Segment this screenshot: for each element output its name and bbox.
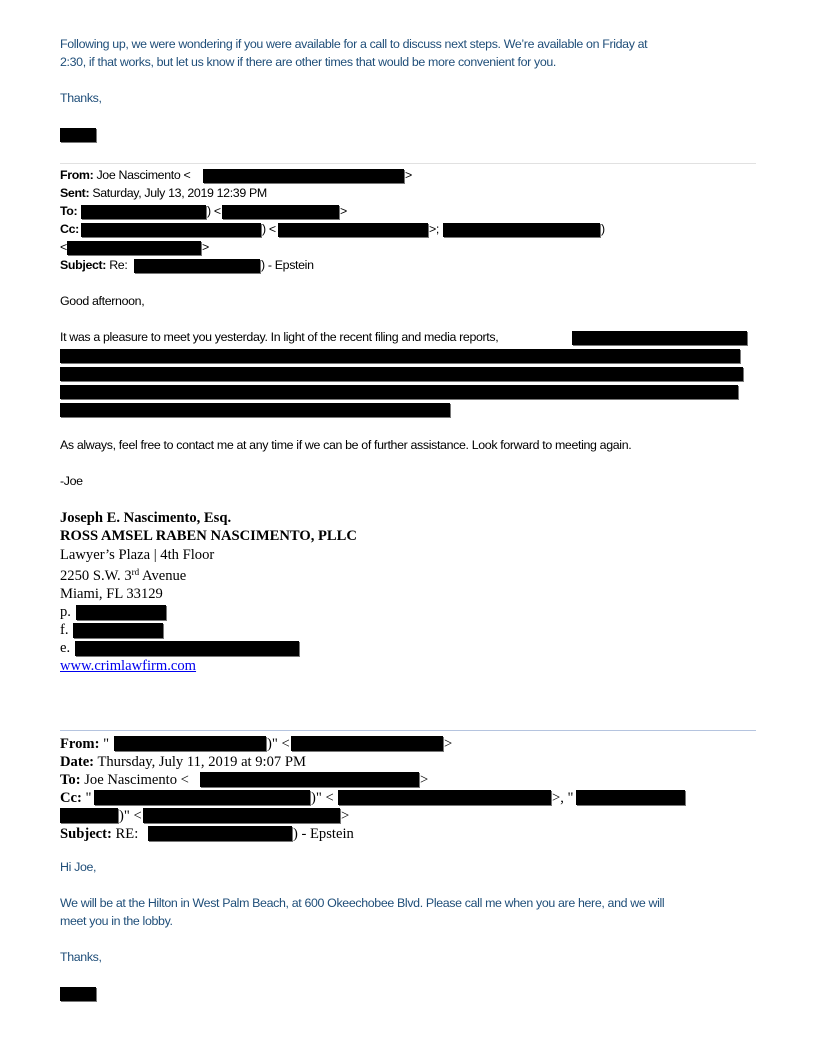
redacted-bottom-cc-name-1: [94, 790, 310, 805]
bottom-greeting: Hi Joe,: [60, 860, 96, 874]
redacted-signature: [60, 128, 96, 142]
from-close-bracket: >: [405, 168, 412, 182]
message-separator: [60, 163, 756, 164]
redacted-body-4: [60, 385, 738, 399]
redacted-cc-name-2: [443, 223, 600, 237]
signature-firm: ROSS AMSEL RABEN NASCIMENTO, PLLC: [60, 528, 357, 545]
sent-label: Sent:: [60, 186, 89, 200]
redacted-bottom-signature: [60, 987, 96, 1001]
redacted-cc-email-2: [67, 241, 201, 255]
redacted-bottom-from-email: [291, 736, 443, 751]
from-value: Joe Nascimento <: [96, 168, 190, 182]
to-bracket: ) <: [207, 204, 221, 218]
cc-bracket-1: ) <: [262, 222, 276, 236]
cc-label: Cc:: [60, 222, 79, 236]
redacted-bottom-cc-name-2b: [60, 808, 118, 823]
redacted-body-2: [60, 349, 740, 363]
redacted-body-3: [60, 367, 743, 381]
cc-paren: ): [601, 222, 605, 236]
bottom-body-line-2: meet you in the lobby.: [60, 914, 173, 928]
bottom-from-close: >: [444, 736, 452, 753]
cc-open-bracket-2: <: [60, 240, 67, 254]
redacted-bottom-cc-email-1: [338, 790, 551, 805]
redacted-to-email: [222, 205, 339, 219]
redacted-bottom-subject: [148, 826, 292, 841]
subject-prefix: Re:: [109, 258, 127, 272]
bottom-subject-suffix: ) - Epstein: [293, 826, 354, 843]
from-label: From:: [60, 168, 93, 182]
middle-body-line-2: As always, feel free to contact me at an…: [60, 438, 631, 452]
message-separator-2: [60, 730, 756, 731]
redacted-email: [75, 641, 299, 656]
bottom-closing: Thanks,: [60, 950, 102, 964]
header-from: From: Joe Nascimento <: [60, 168, 190, 182]
bottom-cc-bracket-1: )" <: [311, 790, 334, 807]
subject-label: Subject:: [60, 258, 106, 272]
cc-separator: >;: [429, 222, 439, 236]
header-subject: Subject: Re:: [60, 258, 127, 272]
middle-signoff: -Joe: [60, 474, 83, 488]
redacted-from-email: [203, 169, 404, 183]
email-label: e.: [60, 640, 70, 657]
bottom-header-cc: Cc: ": [60, 790, 92, 807]
bottom-header-subject: Subject: RE:: [60, 826, 138, 843]
sent-value: Saturday, July 13, 2019 12:39 PM: [92, 186, 267, 200]
redacted-cc-name-1: [81, 223, 261, 237]
bottom-header-to: To: Joe Nascimento <: [60, 772, 189, 789]
bottom-from-bracket: )" <: [267, 736, 290, 753]
bottom-header-date: Date: Thursday, July 11, 2019 at 9:07 PM: [60, 754, 306, 771]
redacted-bottom-cc-name-2a: [576, 790, 685, 805]
redacted-bottom-to-email: [200, 772, 419, 787]
subject-suffix: ) - Epstein: [261, 258, 314, 272]
signature-address-3: Miami, FL 33129: [60, 586, 163, 603]
header-cc: Cc:: [60, 222, 79, 236]
top-body-line-2: 2:30, if that works, but let us know if …: [60, 55, 556, 69]
website-link[interactable]: www.crimlawfirm.com: [60, 658, 196, 675]
bottom-header-from: From: ": [60, 736, 109, 753]
redacted-to-name: [81, 205, 206, 219]
middle-greeting: Good afternoon,: [60, 294, 144, 308]
bottom-to-close: >: [420, 772, 428, 789]
signature-address-1: Lawyer’s Plaza | 4th Floor: [60, 547, 214, 564]
top-closing: Thanks,: [60, 91, 102, 105]
bottom-body-line-1: We will be at the Hilton in West Palm Be…: [60, 896, 664, 910]
signature-address-2: 2250 S.W. 3rd Avenue: [60, 568, 186, 585]
to-close-bracket: >: [340, 204, 347, 218]
middle-body-line-1: It was a pleasure to meet you yesterday.…: [60, 330, 498, 344]
redacted-body-5: [60, 403, 450, 417]
redacted-bottom-cc-email-2: [143, 808, 340, 823]
cc-close-bracket-2: >: [202, 240, 209, 254]
redacted-subject: [134, 259, 260, 273]
redacted-phone: [76, 605, 166, 620]
top-body-line-1: Following up, we were wondering if you w…: [60, 37, 647, 51]
redacted-bottom-from-name: [114, 736, 266, 751]
signature-name: Joseph E. Nascimento, Esq.: [60, 510, 231, 527]
phone-label: p.: [60, 604, 71, 621]
fax-label: f.: [60, 622, 69, 639]
bottom-cc-close-2: >: [341, 808, 349, 825]
bottom-cc-sep: >, ": [552, 790, 574, 807]
header-to: To:: [60, 204, 77, 218]
redacted-cc-email-1: [278, 223, 428, 237]
redacted-body-1: [572, 331, 747, 345]
bottom-cc-bracket-2: )" <: [119, 808, 142, 825]
to-label: To:: [60, 204, 77, 218]
redacted-fax: [73, 623, 163, 638]
header-sent: Sent: Saturday, July 13, 2019 12:39 PM: [60, 186, 267, 200]
